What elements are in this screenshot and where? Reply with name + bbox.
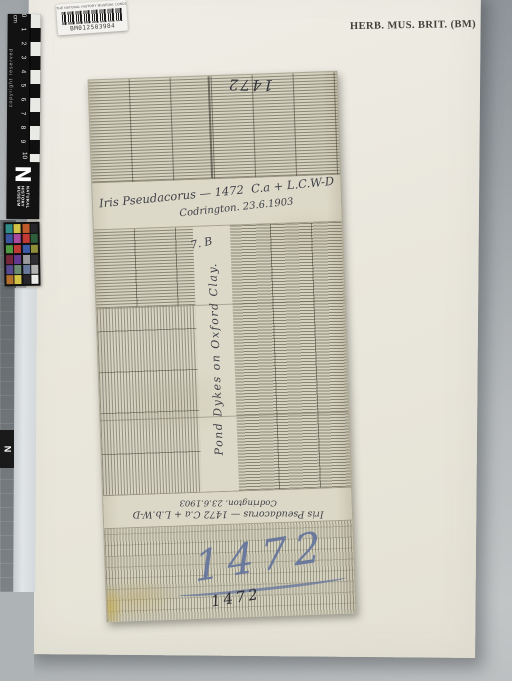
color-patch xyxy=(22,224,29,233)
inverted-collector-line: Codrington. 23.6.1903 xyxy=(132,497,323,508)
habitat-annotation: Pond Dykes on Oxford Clay. xyxy=(206,262,226,456)
specimen-scan: HERB. MUS. BRIT. (BM) THE NATURAL HISTOR… xyxy=(0,0,512,681)
color-patch xyxy=(31,275,38,284)
herbarium-stamp: HERB. MUS. BRIT. (BM) xyxy=(350,19,476,32)
ruler-number: 1 xyxy=(20,28,27,32)
nhm-chip-letter: N xyxy=(2,446,12,453)
ruler-number: 7 xyxy=(19,112,26,116)
nhm-logo-words: NATURAL HISTORY MUSEUM xyxy=(15,186,30,209)
newspaper-strip-middle: Pond Dykes on Oxford Clay. 7. B xyxy=(94,222,351,496)
color-patch xyxy=(15,275,22,284)
ruler-number: 9 xyxy=(19,140,26,144)
nhm-logo: N NATURAL HISTORY MUSEUM xyxy=(7,164,37,210)
pale-edge-strip xyxy=(13,288,37,592)
ruler-numbers: 012345678910 xyxy=(20,14,30,162)
color-patch xyxy=(6,234,13,243)
newsprint-block xyxy=(230,222,351,491)
barcode-label: THE NATURAL HISTORY MUSEUM, LONDON BM012… xyxy=(56,0,128,35)
ruler-number: 3 xyxy=(20,56,27,60)
newspaper-strip-top: 1472 xyxy=(89,72,340,184)
ruler-number: 4 xyxy=(20,70,27,74)
inverted-determination-line: Iris Pseudacorus — 1472 C.a + L.b.W-D xyxy=(132,507,323,519)
color-checker xyxy=(3,222,40,287)
newsprint-block xyxy=(94,227,196,308)
color-patch xyxy=(23,244,30,253)
color-patch xyxy=(14,224,21,233)
annotation-top-inverted-number: 1472 xyxy=(227,75,273,94)
ruler-number: 0 xyxy=(20,14,27,18)
color-patch xyxy=(6,265,13,274)
color-patch xyxy=(22,234,29,243)
newsprint-block-rotated xyxy=(97,305,203,495)
scale-bar: cm 012345678910 copyright reserved N NAT… xyxy=(6,14,40,219)
color-patch xyxy=(31,234,38,243)
color-patch xyxy=(6,275,13,284)
color-patch xyxy=(14,255,21,264)
nhm-logo-word: MUSEUM xyxy=(15,186,20,209)
stain xyxy=(106,586,123,623)
ruler-number: 5 xyxy=(20,84,27,88)
color-patch xyxy=(23,265,30,274)
color-patch xyxy=(14,234,21,243)
ruler-number: 8 xyxy=(19,126,26,130)
color-patch xyxy=(23,255,30,264)
color-patch xyxy=(6,255,13,264)
background-corner xyxy=(0,592,34,681)
color-patch xyxy=(14,245,21,254)
color-patch xyxy=(31,254,38,263)
determination-code: C.a + L.C.W-D xyxy=(250,174,334,196)
nhm-logo-letter: N xyxy=(12,165,33,183)
color-patch xyxy=(31,224,38,233)
color-patch xyxy=(31,265,38,274)
color-patch xyxy=(6,245,13,254)
ruler-number: 10 xyxy=(21,152,28,159)
ruler-icon xyxy=(29,14,41,162)
scale-unit-label: cm xyxy=(12,15,18,23)
copyright-text: copyright reserved xyxy=(8,48,14,107)
nhm-chip: N xyxy=(0,430,14,468)
nhm-logo-word: NATURAL xyxy=(25,186,30,209)
ruler-number: 6 xyxy=(19,98,26,102)
newspaper-bundle: 1472 Iris Pseudacorus — 1472 C.a + L.C.W… xyxy=(88,71,357,622)
inverted-annotation: Iris Pseudacorus — 1472 C.a + L.b.W-D Co… xyxy=(132,497,323,520)
color-patch xyxy=(5,224,12,233)
color-patch xyxy=(15,265,22,274)
color-patch xyxy=(23,275,30,284)
newspaper-strip-bottom: 1472 1472 xyxy=(104,521,355,623)
column-rule xyxy=(208,76,214,178)
color-patch xyxy=(31,244,38,253)
ruler-number: 2 xyxy=(20,42,27,46)
